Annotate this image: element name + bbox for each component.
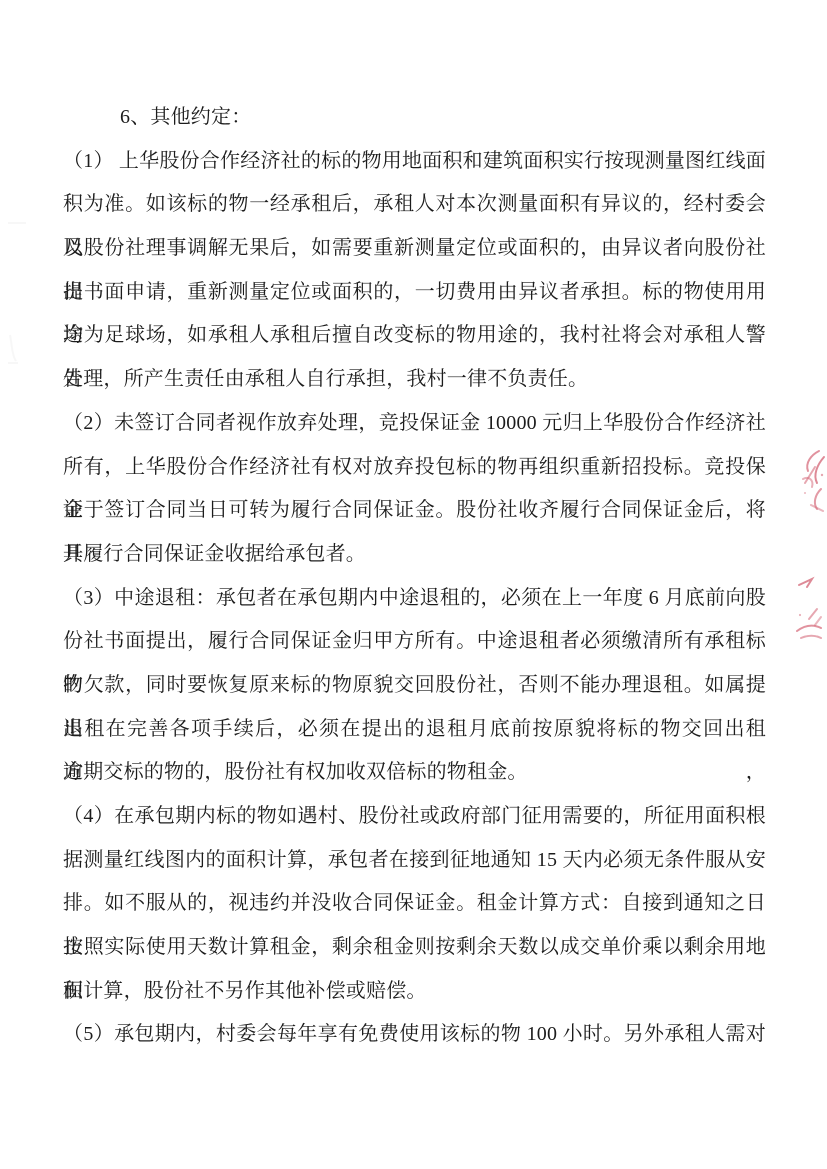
text-line: 金于签订合同当日可转为履行合同保证金。股份社收齐履行合同保证金后，将开 (63, 489, 766, 533)
text-line: （1） 上华股份合作经济社的标的物用地面积和建筑面积实行按现测量图红线面 (63, 140, 766, 184)
red-seal-mark (791, 445, 827, 645)
text-line: 处理，所产生责任由承租人自行承担，我村一律不负责任。 (63, 358, 766, 402)
clause-3: （3）中途退租：承包者在承包期内中途退租的，必须在上一年度 6 月底前向股 份社… (63, 577, 766, 795)
clause-5: （5）承包期内，村委会每年享有免费使用该标的物 100 小时。另外承租人需对 (63, 1013, 766, 1057)
text-line: 均为足球场，如承租人承租后擅自改变标的物用途的，我村社将会对承租人警告 (63, 314, 766, 358)
text-line: 积计算，股份社不另作其他补偿或赔偿。 (63, 970, 766, 1014)
text-line: 退租在完善各项手续后，必须在提出的退租月底前按原貌将标的物交回出租方， (63, 708, 766, 752)
text-line: （2）未签订合同者视作放弃处理，竞投保证金 10000 元归上华股份合作经济社 (63, 402, 766, 446)
scan-smudge-mark (4, 215, 34, 375)
scanned-contract-page: 6、其他约定： （1） 上华股份合作经济社的标的物用地面积和建筑面积实行按现测量… (0, 0, 827, 1169)
contract-text-block: 6、其他约定： （1） 上华股份合作经济社的标的物用地面积和建筑面积实行按现测量… (63, 96, 766, 1057)
clause-2: （2）未签订合同者视作放弃处理，竞投保证金 10000 元归上华股份合作经济社 … (63, 402, 766, 577)
clause-4: （4）在承包期内标的物如遇村、股份社或政府部门征用需要的，所征用面积根 据测量红… (63, 795, 766, 1013)
text-line: 据测量红线图内的面积计算，承包者在接到征地通知 15 天内必须无条件服从安 (63, 839, 766, 883)
text-line: 物欠款，同时要恢复原来标的物原貌交回股份社，否则不能办理退租。如属提出 (63, 664, 766, 708)
text-line: 出书面申请，重新测量定位或面积的，一切费用由异议者承担。标的物使用用途 (63, 271, 766, 315)
text-line: （3）中途退租：承包者在承包期内中途退租的，必须在上一年度 6 月底前向股 (63, 577, 766, 621)
clause-1: （1） 上华股份合作经济社的标的物用地面积和建筑面积实行按现测量图红线面 积为准… (63, 140, 766, 402)
text-line: 所有，上华股份合作经济社有权对放弃投包标的物再组织重新招投标。竞投保证 (63, 446, 766, 490)
text-line: 积为准。如该标的物一经承租后，承租人对本次测量面积有异议的，经村委会以 (63, 183, 766, 227)
text-line: 排。如不服从的，视违约并没收合同保证金。租金计算方式：自接到通知之日止 (63, 882, 766, 926)
text-line: （4）在承包期内标的物如遇村、股份社或政府部门征用需要的，所征用面积根 (63, 795, 766, 839)
text-line: 按照实际使用天数计算租金，剩余租金则按剩余天数以成交单价乘以剩余用地面 (63, 926, 766, 970)
section-heading: 6、其他约定： (63, 96, 766, 140)
text-line: （5）承包期内，村委会每年享有免费使用该标的物 100 小时。另外承租人需对 (63, 1013, 766, 1057)
text-line: 及股份社理事调解无果后，如需要重新测量定位或面积的，由异议者向股份社提 (63, 227, 766, 271)
text-line: 份社书面提出，履行合同保证金归甲方所有。中途退租者必须缴清所有承租标的 (63, 620, 766, 664)
text-line: 具履行合同保证金收据给承包者。 (63, 533, 766, 577)
